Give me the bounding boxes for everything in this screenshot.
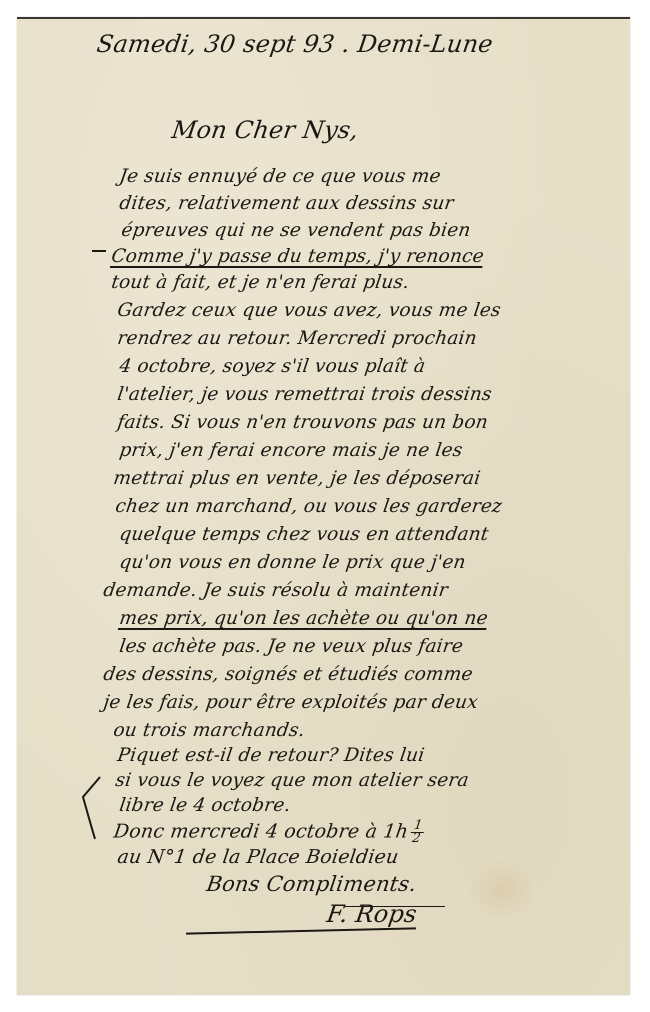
- letter-body-line: mes prix, qu'on les achète ou qu'on ne: [118, 608, 489, 629]
- letter-body-line: chez un marchand, ou vous les garderez: [114, 496, 503, 517]
- letter-body-line: l'atelier, je vous remettrai trois dessi…: [116, 384, 493, 405]
- letter-body-line: Comme j'y passe du temps, j'y renonce: [110, 246, 485, 267]
- letter-body-line: dites, relativement aux dessins sur: [118, 193, 455, 214]
- letter-body-line: je les fais, pour être exploités par deu…: [102, 692, 479, 713]
- letter-body-line: faits. Si vous n'en trouvons pas un bon: [116, 412, 489, 433]
- letter-body-line: des dessins, soignés et étudiés comme: [102, 664, 474, 685]
- postscript-line-2: au N°1 de la Place Boieldieu: [116, 846, 400, 868]
- letter-body-line: si vous le voyez que mon atelier sera: [114, 770, 470, 791]
- letter-body-line: quelque temps chez vous en attendant: [118, 524, 490, 545]
- letter-body-line: Piquet est-il de retour? Dites lui: [116, 745, 426, 766]
- letter-body-line: libre le 4 octobre.: [118, 795, 292, 816]
- letter-body-line: Gardez ceux que vous avez, vous me les: [116, 300, 502, 321]
- letter-body-line: demande. Je suis résolu à maintenir: [102, 580, 449, 601]
- letter-body-line: mettrai plus en vente, je les déposerai: [112, 468, 482, 489]
- fraction-denominator: 2: [409, 833, 423, 845]
- letter-body-line: tout à fait, et je n'en ferai plus.: [110, 272, 411, 293]
- letter-signature: F. Rops: [325, 900, 419, 928]
- letter-body-line: prix, j'en ferai encore mais je ne les: [118, 440, 464, 461]
- postscript-line-1: Donc mercredi 4 octobre à 1h12: [112, 820, 425, 845]
- postscript-text: Donc mercredi 4 octobre à 1h: [112, 821, 409, 843]
- letter-body-line: rendrez au retour. Mercredi prochain: [116, 328, 478, 349]
- letter-body-line: qu'on vous en donne le prix que j'en: [118, 552, 467, 573]
- letter-body-line: 4 octobre, soyez s'il vous plaît à: [118, 356, 427, 377]
- margin-bracket-icon: [78, 775, 104, 841]
- letter-salutation: Mon Cher Nys,: [170, 116, 360, 144]
- paper-stain: [467, 859, 537, 919]
- letter-body-line: Je suis ennuyé de ce que vous me: [118, 166, 442, 187]
- letter-body-line: les achète pas. Je ne veux plus faire: [118, 636, 464, 657]
- margin-dash-mark: [92, 250, 106, 252]
- letter-date-header: Samedi, 30 sept 93 . Demi-Lune: [95, 30, 495, 58]
- letter-closing: Bons Compliments.: [205, 872, 418, 896]
- letter-body-line: ou trois marchands.: [112, 720, 306, 741]
- letter-body-line: épreuves qui ne se vendent pas bien: [120, 220, 472, 241]
